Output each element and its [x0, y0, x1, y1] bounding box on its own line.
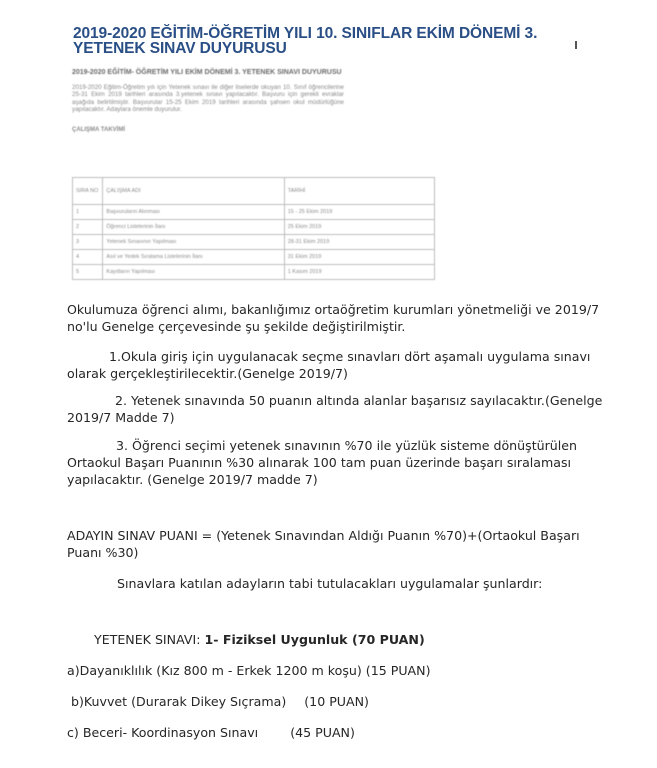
table-row: 4 Asıl ve Yedek Sıralama Listelerinin İl… — [73, 250, 435, 265]
cell-date: 15 - 25 Ekim 2019 — [284, 205, 434, 220]
subitem-strength: b)Kuvvet (Durarak Dikey Sıçrama) (10 PUA… — [67, 693, 567, 710]
rule-item-1-text: 1.Okula giriş için uygulanacak seçme sın… — [67, 349, 590, 381]
cell-no: 4 — [73, 250, 103, 265]
column-header-no: SIRA NO — [73, 178, 103, 205]
subitem-points: (15 PUAN) — [366, 663, 431, 678]
rule-item-1: 1.Okula giriş için uygulanacak seçme sın… — [67, 348, 607, 382]
cell-no: 1 — [73, 205, 103, 220]
score-formula: ADAYIN SINAV PUANI = (Yetenek Sınavından… — [67, 527, 607, 561]
embedded-announcement-image: 2019-2020 EĞİTİM- ÖĞRETİM YILI EKİM DÖNE… — [72, 67, 472, 133]
subitem-label: c) Beceri- Koordinasyon Sınavı — [67, 725, 258, 740]
cell-activity: Öğrenci Listelerinin İlanı — [103, 220, 284, 235]
table-row: 2 Öğrenci Listelerinin İlanı 25 Ekim 201… — [73, 220, 435, 235]
applications-intro: Sınavlara katılan adayların tabi tutulac… — [67, 575, 607, 592]
schedule-table: SIRA NO ÇALIŞMA ADI TARİHİ 1 Başvuruları… — [72, 177, 435, 280]
embedded-heading: 2019-2020 EĞİTİM- ÖĞRETİM YILI EKİM DÖNE… — [72, 67, 352, 78]
cell-activity: Kayıtların Yapılması — [103, 265, 284, 280]
subitem-label: b)Kuvvet (Durarak Dikey Sıçrama) — [71, 694, 286, 709]
rule-item-3: 3. Öğrenci seçimi yetenek sınavının %70 … — [67, 437, 627, 488]
cell-activity: Yetenek Sınavının Yapılması — [103, 235, 284, 250]
page-mark — [575, 41, 577, 49]
intro-paragraph: Okulumuza öğrenci alımı, bakanlığımız or… — [67, 301, 607, 335]
subitem-points: (45 PUAN) — [290, 725, 355, 740]
column-header-activity: ÇALIŞMA ADI — [103, 178, 284, 205]
cell-activity: Başvuruların Alınması — [103, 205, 284, 220]
cell-no: 5 — [73, 265, 103, 280]
cell-no: 3 — [73, 235, 103, 250]
exam-section: 1- Fiziksel Uygunluk (70 PUAN) — [204, 632, 424, 647]
cell-date: 28-31 Ekim 2019 — [284, 235, 434, 250]
table-row: 1 Başvuruların Alınması 15 - 25 Ekim 201… — [73, 205, 435, 220]
rule-item-2: 2. Yetenek sınavında 50 puanın altında a… — [67, 392, 607, 426]
schedule-label: ÇALIŞMA TAKVİMİ — [72, 127, 472, 133]
cell-date: 1 Kasım 2019 — [284, 265, 434, 280]
exam-heading: YETENEK SINAVI: 1- Fiziksel Uygunluk (70… — [67, 631, 567, 648]
subitem-points: (10 PUAN) — [304, 694, 369, 709]
subitem-label: a)Dayanıklılık (Kız 800 m - Erkek 1200 m… — [67, 663, 362, 678]
cell-no: 2 — [73, 220, 103, 235]
table-header-row: SIRA NO ÇALIŞMA ADI TARİHİ — [73, 178, 435, 205]
exam-label: YETENEK SINAVI: — [94, 632, 200, 647]
table-row: 5 Kayıtların Yapılması 1 Kasım 2019 — [73, 265, 435, 280]
cell-activity: Asıl ve Yedek Sıralama Listelerinin İlan… — [103, 250, 284, 265]
rule-item-2-text: 2. Yetenek sınavında 50 puanın altında a… — [67, 393, 602, 425]
table-row: 3 Yetenek Sınavının Yapılması 28-31 Ekim… — [73, 235, 435, 250]
column-header-date: TARİHİ — [284, 178, 434, 205]
cell-date: 31 Ekim 2019 — [284, 250, 434, 265]
subitem-endurance: a)Dayanıklılık (Kız 800 m - Erkek 1200 m… — [67, 662, 567, 679]
rule-item-3-text: 3. Öğrenci seçimi yetenek sınavının %70 … — [67, 438, 577, 487]
subitem-coordination: c) Beceri- Koordinasyon Sınavı (45 PUAN) — [67, 724, 567, 741]
document-title: 2019-2020 EĞİTİM-ÖĞRETİM YILI 10. SINIFL… — [73, 26, 553, 56]
embedded-paragraph: 2019-2020 Eğitim-Öğretim yılı için Yeten… — [72, 84, 344, 113]
cell-date: 25 Ekim 2019 — [284, 220, 434, 235]
